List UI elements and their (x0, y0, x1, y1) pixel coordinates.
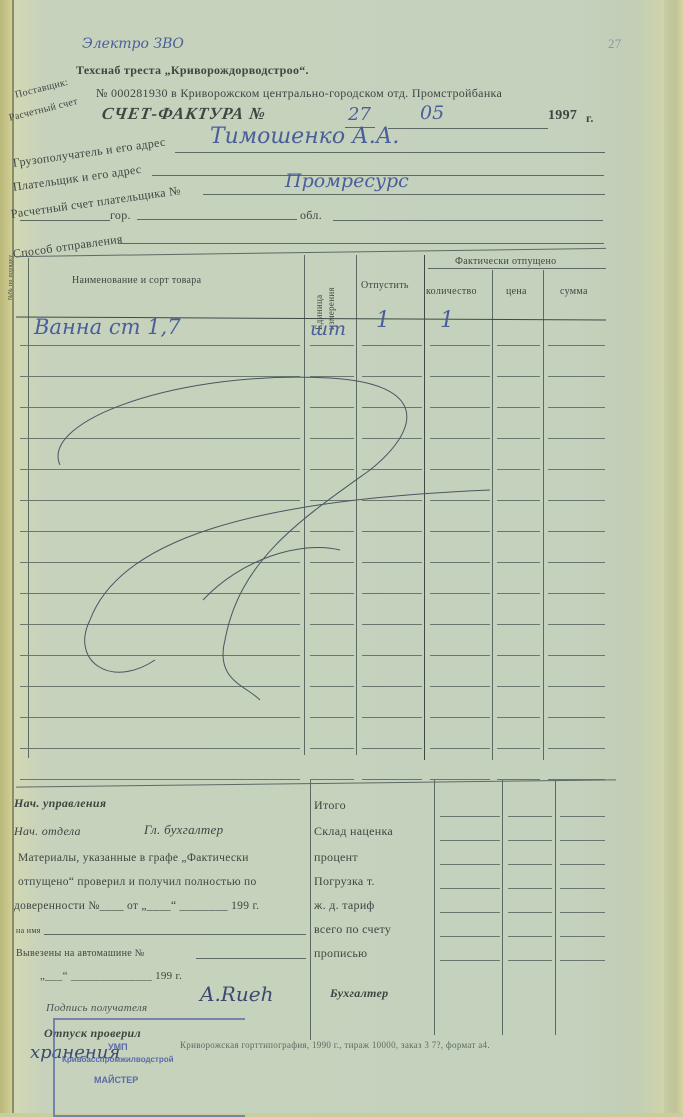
stamp-line-2: Кривбасспромжилводстрой (62, 1055, 174, 1064)
totals-rule (508, 864, 552, 865)
organization-stamp (53, 1018, 245, 1113)
totals-rule (440, 816, 500, 817)
materials-text-1: Материалы, указанные в графе „Фактически (18, 852, 249, 864)
totals-rule (560, 816, 605, 817)
dept-label: Нач. отдела (14, 824, 81, 839)
recipient-signature-label: Подпись получателя (46, 1002, 147, 1014)
totals-rule (440, 960, 500, 961)
totals-rule (440, 888, 500, 889)
total-rail-tariff: ж. д. тариф (314, 898, 375, 913)
totals-rule (508, 840, 552, 841)
vehicle-text: Вывезены на автомашине № (16, 948, 145, 959)
proxy-text: доверенности №____ от „____“ ________ 19… (14, 900, 259, 912)
totals-rule (440, 912, 500, 913)
totals-rule (440, 936, 500, 937)
name-line (44, 934, 306, 935)
total-markup: Склад наценка (314, 824, 393, 839)
totals-rule (508, 960, 552, 961)
date-text: „___“ ______________ 199 г. (40, 970, 182, 982)
totals-rule (440, 864, 500, 865)
totals-rule (508, 888, 552, 889)
totals-rule (508, 936, 552, 937)
totals-rule (440, 840, 500, 841)
total-loading: Погрузка т. (314, 874, 375, 889)
totals-rule (560, 960, 605, 961)
accountant-label: Бухгалтер (330, 986, 388, 1001)
stamp-line-1: УМП (108, 1042, 128, 1052)
stamp-line-3: МАЙСТЕР (94, 1075, 138, 1085)
name-label: на имя (16, 926, 41, 935)
recipient-signature: A.Rueh (200, 982, 273, 1006)
total-invoice: всего по счету (314, 922, 391, 937)
total-in-words: прописью (314, 946, 367, 961)
totals-rule (508, 816, 552, 817)
total-percent: процент (314, 850, 358, 865)
materials-text-2: отпущено“ проверил и получил полностью п… (18, 876, 257, 888)
total-itogo: Итого (314, 798, 346, 813)
totals-rule (560, 936, 605, 937)
footer-col-divider-1 (310, 780, 311, 1040)
totals-rule (560, 912, 605, 913)
chief-accountant-label: Гл. бухгалтер (144, 822, 223, 838)
totals-rule (560, 840, 605, 841)
footer-col-divider-2 (434, 780, 435, 1035)
vehicle-line (196, 958, 306, 959)
mgmt-label: Нач. управления (14, 796, 106, 811)
footer-col-divider-3 (502, 780, 503, 1035)
totals-rule (560, 864, 605, 865)
totals-rule (508, 912, 552, 913)
footer-col-divider-4 (555, 780, 556, 1035)
totals-rule (560, 888, 605, 889)
